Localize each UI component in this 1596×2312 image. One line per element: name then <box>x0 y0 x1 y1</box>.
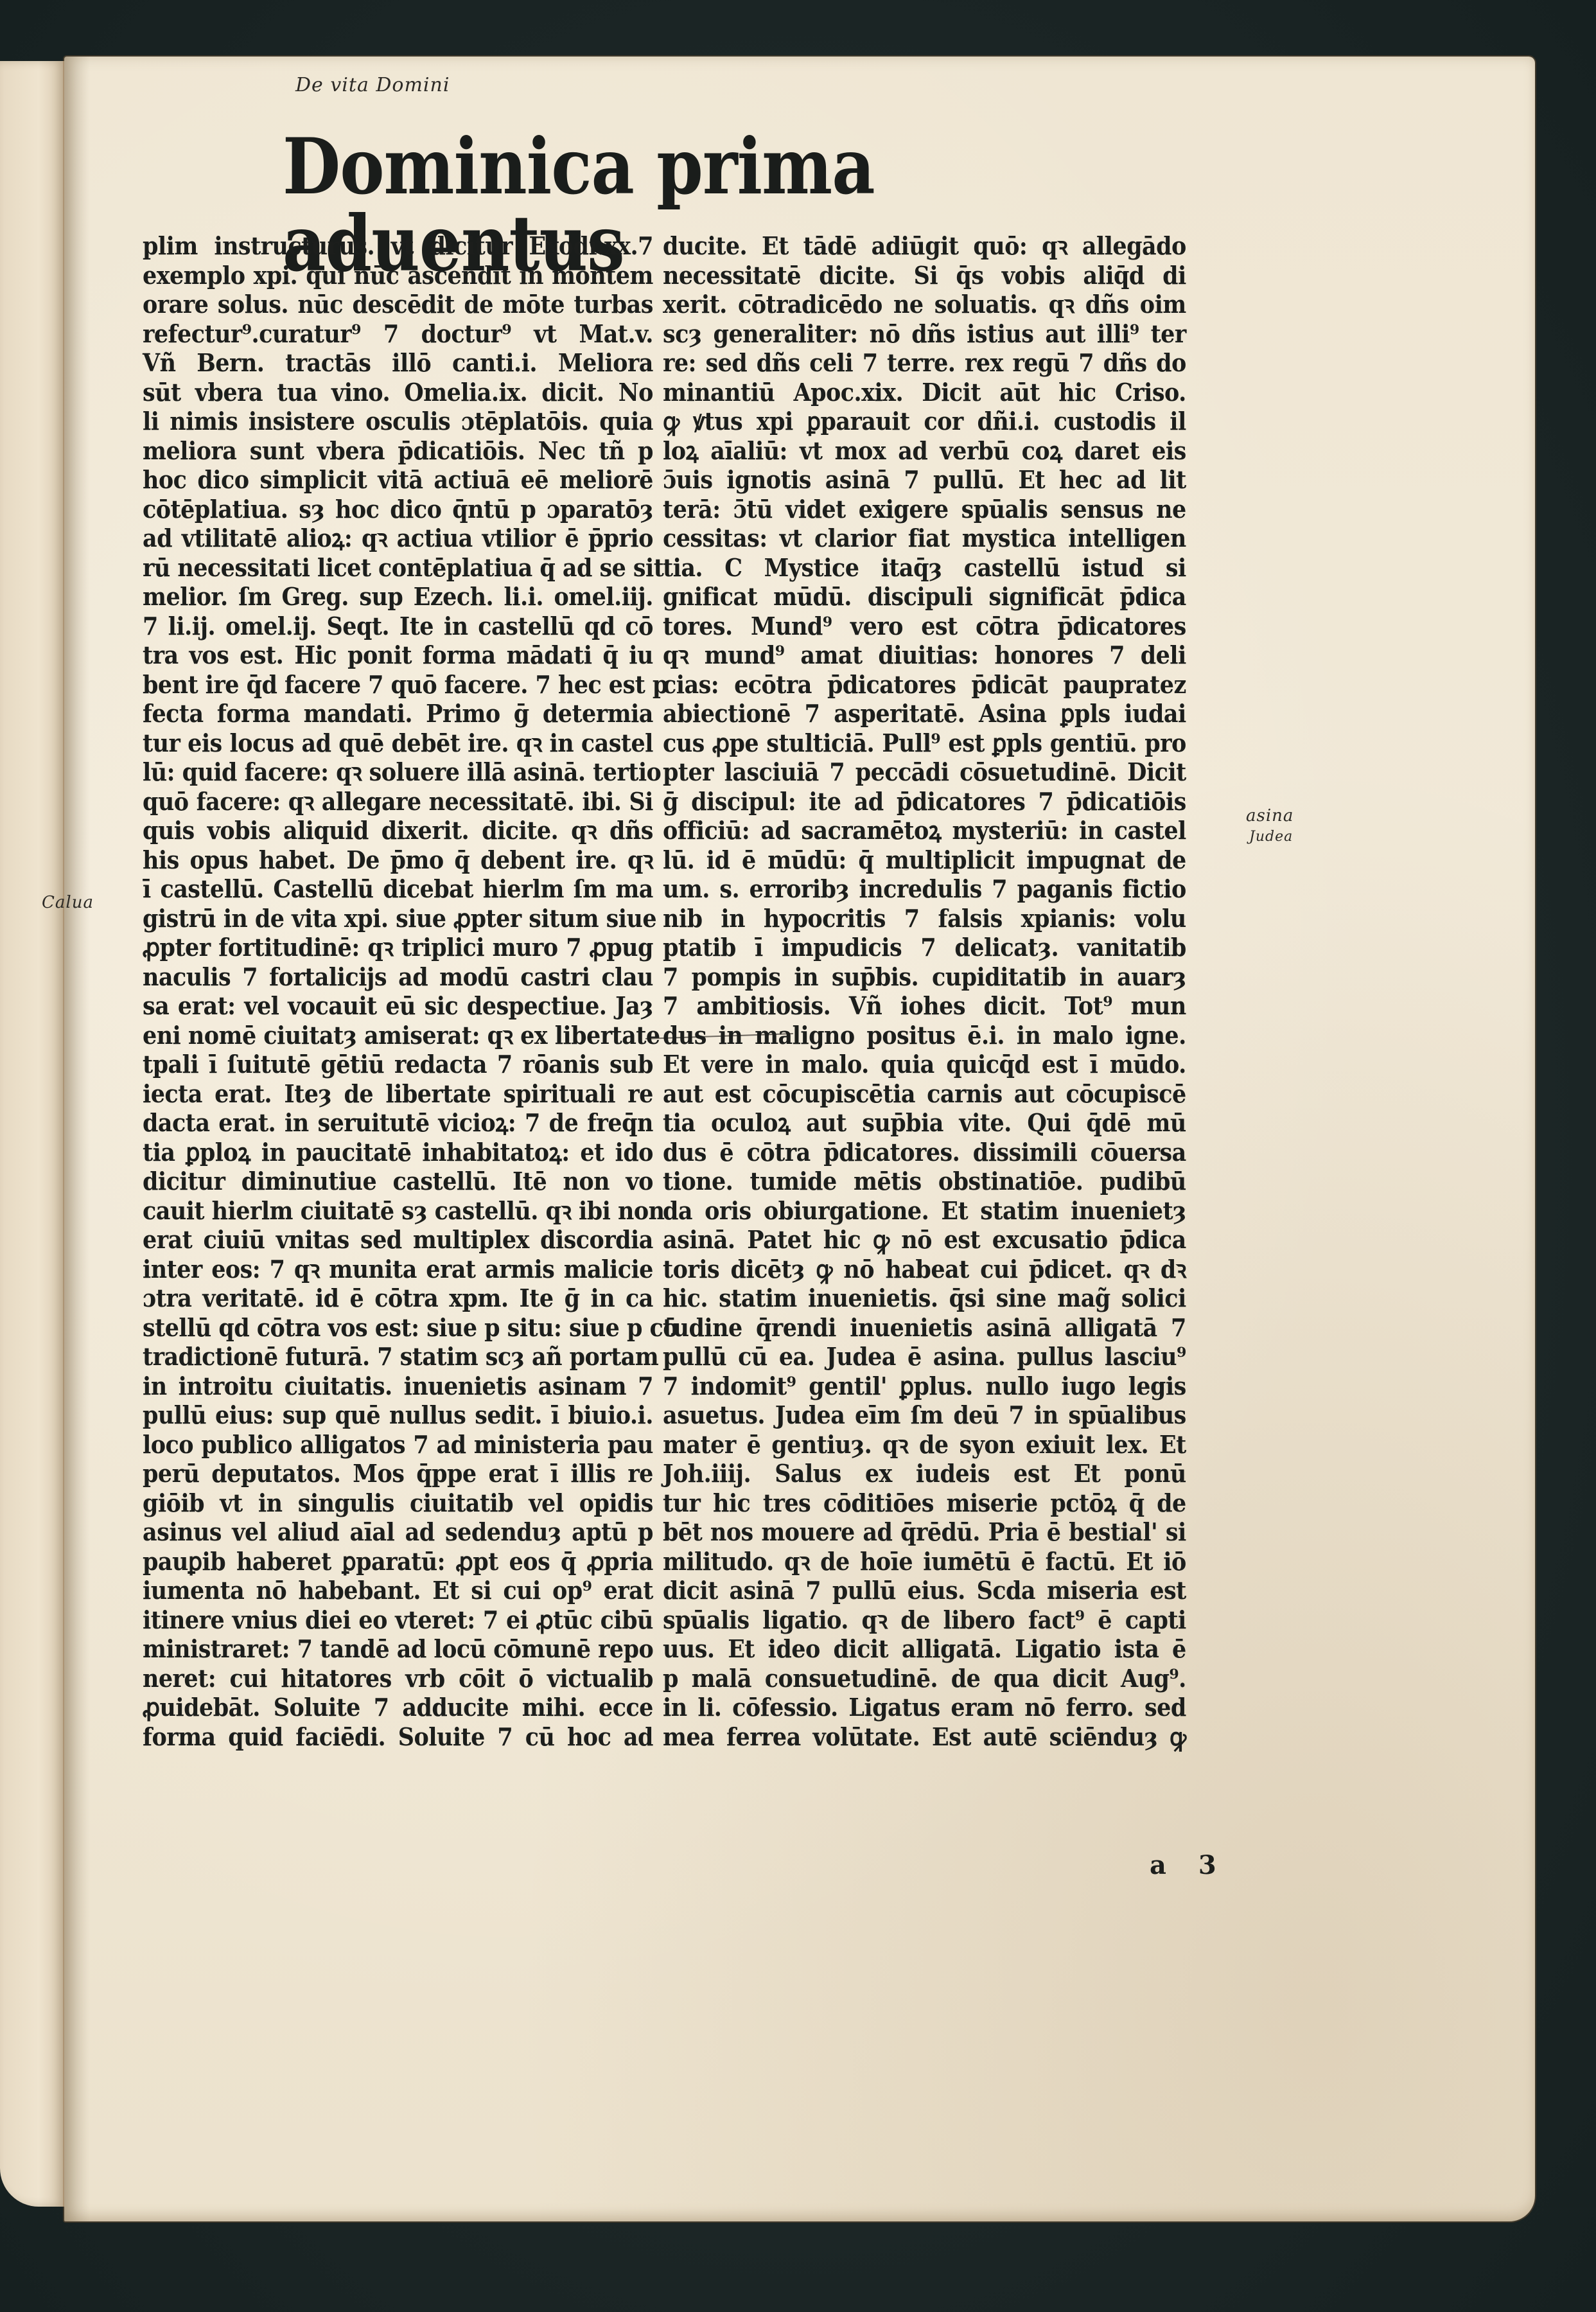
text-line: pter lasciuiā 7 peccādi cōsuetudinē. Dic… <box>663 757 1186 787</box>
text-line: nib in hypocritis 7 falsis xpianis: volu <box>663 904 1186 933</box>
text-line: erat ciuiū vnitas sed multiplex discordi… <box>143 1225 653 1255</box>
text-line: rū necessitati licet contēplatiua q̄ ad … <box>143 553 653 583</box>
text-line: dus in maligno positus ē.i. in malo igne… <box>663 1021 1186 1050</box>
text-line: hoc dico simplicit vitā actiuā eē melior… <box>143 465 653 495</box>
text-line: pauꝑib haberet ꝑparatū: ꝓpt eos q̄ ꝓpria <box>143 1547 653 1576</box>
text-line: ɔtra veritatē. id ē cōtra xpm. Ite ḡ in … <box>143 1284 653 1313</box>
text-line: tia ꝑploꝝ in paucitatē inhabitatoꝝ: et i… <box>143 1138 653 1167</box>
text-line: ꝙ ꝟtus xpi ꝑparauit cor dñi.i. custodis … <box>663 407 1186 436</box>
text-line: asinus vel aliud aīal ad sedenduȝ aptū p <box>143 1517 653 1547</box>
text-line: exemplo xpi. qui nūc ascendit in montem <box>143 261 653 290</box>
text-line: scȝ generaliter: nō dñs istius aut illi⁹… <box>663 319 1186 349</box>
facing-page-edge <box>0 61 64 2207</box>
text-line: tores. Mund⁹ vero est cōtra p̄dicatores <box>663 612 1186 641</box>
text-line: abiectionē 7 asperitatē. Asina ꝑpls iuda… <box>663 699 1186 728</box>
text-line: melior. ſm Greg. sup Ezech. li.i. omel.i… <box>143 582 653 612</box>
text-line: dicitur diminutiue castellū. Itē non vo <box>143 1167 653 1196</box>
text-line: asuetus. Judea eīm ſm deū 7 in spūalibus <box>663 1400 1186 1430</box>
text-line: spūalis ligatio. qꝛ de libero fact⁹ ē ca… <box>663 1605 1186 1635</box>
handwritten-annotation-top: De vita Domini <box>295 74 450 96</box>
text-line: tia oculoꝝ aut sup̄bia vite. Qui q̄dē mū <box>663 1108 1186 1138</box>
text-line: militudo. qꝛ de hoīe iumētū ē factū. Et … <box>663 1547 1186 1576</box>
text-line: 7 pompis in sup̄bis. cupiditatib in auar… <box>663 962 1186 992</box>
text-line: cus ꝓpe stulticiā. Pull⁹ est ꝑpls gentiū… <box>663 728 1186 758</box>
text-line: gnificat mūdū. discipuli significāt p̄di… <box>663 582 1186 612</box>
text-line: mater ē gentiuȝ. qꝛ de syon exiuit lex. … <box>663 1430 1186 1460</box>
text-line: stellū qd cōtra vos est: siue p situ: si… <box>143 1313 653 1343</box>
text-line: tra vos est. Hic ponit forma mādati q̄ i… <box>143 640 653 670</box>
text-line: 7 indomit⁹ gentil' ꝑplus. nullo iugo leg… <box>663 1372 1186 1401</box>
text-line: itinere vnius diei eo vteret: 7 ei ꝓtūc … <box>143 1605 653 1635</box>
text-line: 7 ambitiosis. Vñ iohes dicit. Tot⁹ mun <box>663 991 1186 1021</box>
text-line: mea ferrea volūtate. Est autē sciēnduȝ ꝙ <box>663 1722 1186 1752</box>
text-line: minantiū Apoc.xix. Dicit aūt hic Criso. <box>663 378 1186 407</box>
text-line: ɔ̄uis ignotis asinā 7 pullū. Et hec ad l… <box>663 465 1186 495</box>
text-line: orare solus. nūc descēdit de mōte turbas <box>143 290 653 319</box>
text-line: plim instructurus. vt dicitur Exodi.xx.7 <box>143 231 653 261</box>
text-line: cias: ecōtra p̄dicatores p̄dicāt pauprat… <box>663 670 1186 700</box>
text-line: ī castellū. Castellū dicebat hierlm ſm m… <box>143 874 653 904</box>
text-line: uus. Et ideo dicit alligatā. Ligatio ist… <box>663 1634 1186 1664</box>
text-line: ꝓpter fortitudinē: qꝛ triplici muro 7 ꝓp… <box>143 933 653 962</box>
text-line: bent ire q̄d facere 7 quō facere. 7 hec … <box>143 670 653 700</box>
text-line: forma quid faciēdi. Soluite 7 cū hoc ad <box>143 1722 653 1752</box>
text-line: ptatib ī impudicis 7 delicatȝ. vanitatib <box>663 933 1186 962</box>
text-line: naculis 7 fortalicijs ad modū castri cla… <box>143 962 653 992</box>
text-line: pullū eius: sup quē nullus sedit. ī biui… <box>143 1400 653 1430</box>
text-column-left: plim instructurus. vt dicitur Exodi.xx.7… <box>143 231 656 1751</box>
text-line: pullū cū ea. Judea ē asina. pullus lasci… <box>663 1342 1186 1372</box>
text-line: giōib vt in singulis ciuitatib vel opidi… <box>143 1488 653 1518</box>
text-line: cauit hierlm ciuitatē sȝ castellū. qꝛ ib… <box>143 1196 653 1226</box>
text-line: his opus habet. De p̄mo q̄ debent ire. q… <box>143 845 653 875</box>
text-line: Et vere in malo. quia quicq̄d est ī mūdo… <box>663 1050 1186 1079</box>
margin-note-right-1: asina <box>1246 806 1293 825</box>
text-line: tione. tumide mētis obstinatiōe. pudibū <box>663 1167 1186 1196</box>
text-line: quis vobis aliquid dixerit. dicite. qꝛ d… <box>143 816 653 845</box>
text-line: refectur⁹.curatur⁹ 7 doctur⁹ vt Mat.v. <box>143 319 653 349</box>
text-line: tur hic tres cōditiōes miserie pctōꝝ q̄ … <box>663 1488 1186 1518</box>
text-line: li nimis insistere osculis ɔtēplatōis. q… <box>143 407 653 436</box>
text-line: dus ē cōtra p̄dicatores. dissimili cōuer… <box>663 1138 1186 1167</box>
text-line: bēt nos mouere ad q̄rēdū. Pria ē bestial… <box>663 1517 1186 1547</box>
text-line: ꝓuidebāt. Soluite 7 adducite mihi. ecce <box>143 1693 653 1722</box>
text-line: ḡ discipul: ite ad p̄dicatores 7 p̄dicat… <box>663 787 1186 816</box>
text-line: sa erat: vel vocauit eū sic despectiue. … <box>143 991 653 1021</box>
text-line: sūt vbera tua vino. Omelia.ix. dicit. No <box>143 378 653 407</box>
text-line: lū. id ē mūdū: q̄ multiplicit impugnat d… <box>663 845 1186 875</box>
text-line: re: sed dñs celi 7 terre. rex regū 7 dñs… <box>663 348 1186 378</box>
margin-note-left: Calua <box>42 893 94 912</box>
text-line: dicit asinā 7 pullū eius. Scda miseria e… <box>663 1576 1186 1605</box>
text-line: quō facere: qꝛ allegare necessitatē. ibi… <box>143 787 653 816</box>
gutter-shadow <box>64 57 90 2221</box>
text-line: in li. cōfessio. Ligatus eram nō ferro. … <box>663 1693 1186 1722</box>
text-line: tpali ī ſuitutē gētiū redacta 7 rōanis s… <box>143 1050 653 1079</box>
text-line: toris dicētȝ ꝙ nō habeat cui p̄dicet. qꝛ… <box>663 1255 1186 1284</box>
text-line: in introitu ciuitatis. inuenietis asinam… <box>143 1372 653 1401</box>
text-line: lū: quid facere: qꝛ soluere illā asinā. … <box>143 757 653 787</box>
text-line: Vñ Bern. tractās illō canti.i. Meliora <box>143 348 653 378</box>
text-line: meliora sunt vbera p̄dicatiōis. Nec tñ p <box>143 436 653 466</box>
text-line: perū deputatos. Mos q̄ppe erat ī illis r… <box>143 1459 653 1488</box>
text-line: officiū: ad sacramētoꝝ mysteriū: in cast… <box>663 816 1186 845</box>
text-line: loco publico alligatos 7 ad ministeria p… <box>143 1430 653 1460</box>
text-line: neret: cui hitatores vrb cōit ō victuali… <box>143 1664 653 1693</box>
text-line: ad vtilitatē alioꝝ: qꝛ actiua vtilior ē … <box>143 524 653 553</box>
text-line: tradictionē futurā. 7 statim scȝ añ port… <box>143 1342 653 1372</box>
margin-note-right-2: Judea <box>1249 829 1293 845</box>
text-line: necessitatē dicite. Si q̄s vobis aliq̄d … <box>663 261 1186 290</box>
text-line: xerit. cōtradicēdo ne soluatis. qꝛ dñs o… <box>663 290 1186 319</box>
text-line: dacta erat. in seruitutē vicioꝝ: 7 de fr… <box>143 1108 653 1138</box>
text-line: ministraret: 7 tandē ad locū cōmunē repo <box>143 1634 653 1664</box>
text-line: hic. statim inuenietis. q̄si sine mag̃ s… <box>663 1284 1186 1313</box>
text-line: um. s. erroribȝ incredulis 7 paganis fic… <box>663 874 1186 904</box>
text-line: qꝛ mund⁹ amat diuitias: honores 7 deli <box>663 640 1186 670</box>
text-line: terā: ɔ̄tū videt exigere spūalis sensus … <box>663 495 1186 524</box>
text-column-right: ducite. Et tādē adiūgit quō: qꝛ allegādo… <box>663 231 1189 1751</box>
text-line: ducite. Et tādē adiūgit quō: qꝛ allegādo <box>663 231 1186 261</box>
text-line: 7 li.ij. omel.ij. Seqt. Ite in castellū … <box>143 612 653 641</box>
signature-mark: a 3 <box>1150 1850 1228 1880</box>
text-line: cōtēplatiua. sȝ hoc dico q̄ntū p ɔparatō… <box>143 495 653 524</box>
text-line: asinā. Patet hic ꝙ nō est excusatio p̄di… <box>663 1225 1186 1255</box>
text-line: Joh.iiij. Salus ex iudeis est Et ponū <box>663 1459 1186 1488</box>
text-line: iecta erat. Iteȝ de libertate spirituali… <box>143 1079 653 1109</box>
text-line: tia. C Mystice itaq̄ȝ castellū istud si <box>663 553 1186 583</box>
text-line: aut est cōcupiscētia carnis aut cōcupisc… <box>663 1079 1186 1109</box>
text-line: eni nomē ciuitatȝ amiserat: qꝛ ex libert… <box>143 1021 653 1050</box>
text-line: fecta forma mandati. Primo ḡ determia <box>143 699 653 728</box>
text-line: tudine q̄rendi inuenietis asinā alligatā… <box>663 1313 1186 1343</box>
text-line: tur eis locus ad quē debēt ire. qꝛ in ca… <box>143 728 653 758</box>
text-line: da oris obiurgatione. Et statim inueniet… <box>663 1196 1186 1226</box>
text-line: iumenta nō habebant. Et si cui op⁹ erat <box>143 1576 653 1605</box>
text-line: p malā consuetudinē. de qua dicit Aug⁹. <box>663 1664 1186 1693</box>
text-line: cessitas: vt clarior fiat mystica intell… <box>663 524 1186 553</box>
text-line: loꝝ aīaliū: vt mox ad verbū coꝝ daret ei… <box>663 436 1186 466</box>
text-line: inter eos: 7 qꝛ munita erat armis malici… <box>143 1255 653 1284</box>
text-line: gistrū in de vita xpi. siue ꝓpter situm … <box>143 904 653 933</box>
